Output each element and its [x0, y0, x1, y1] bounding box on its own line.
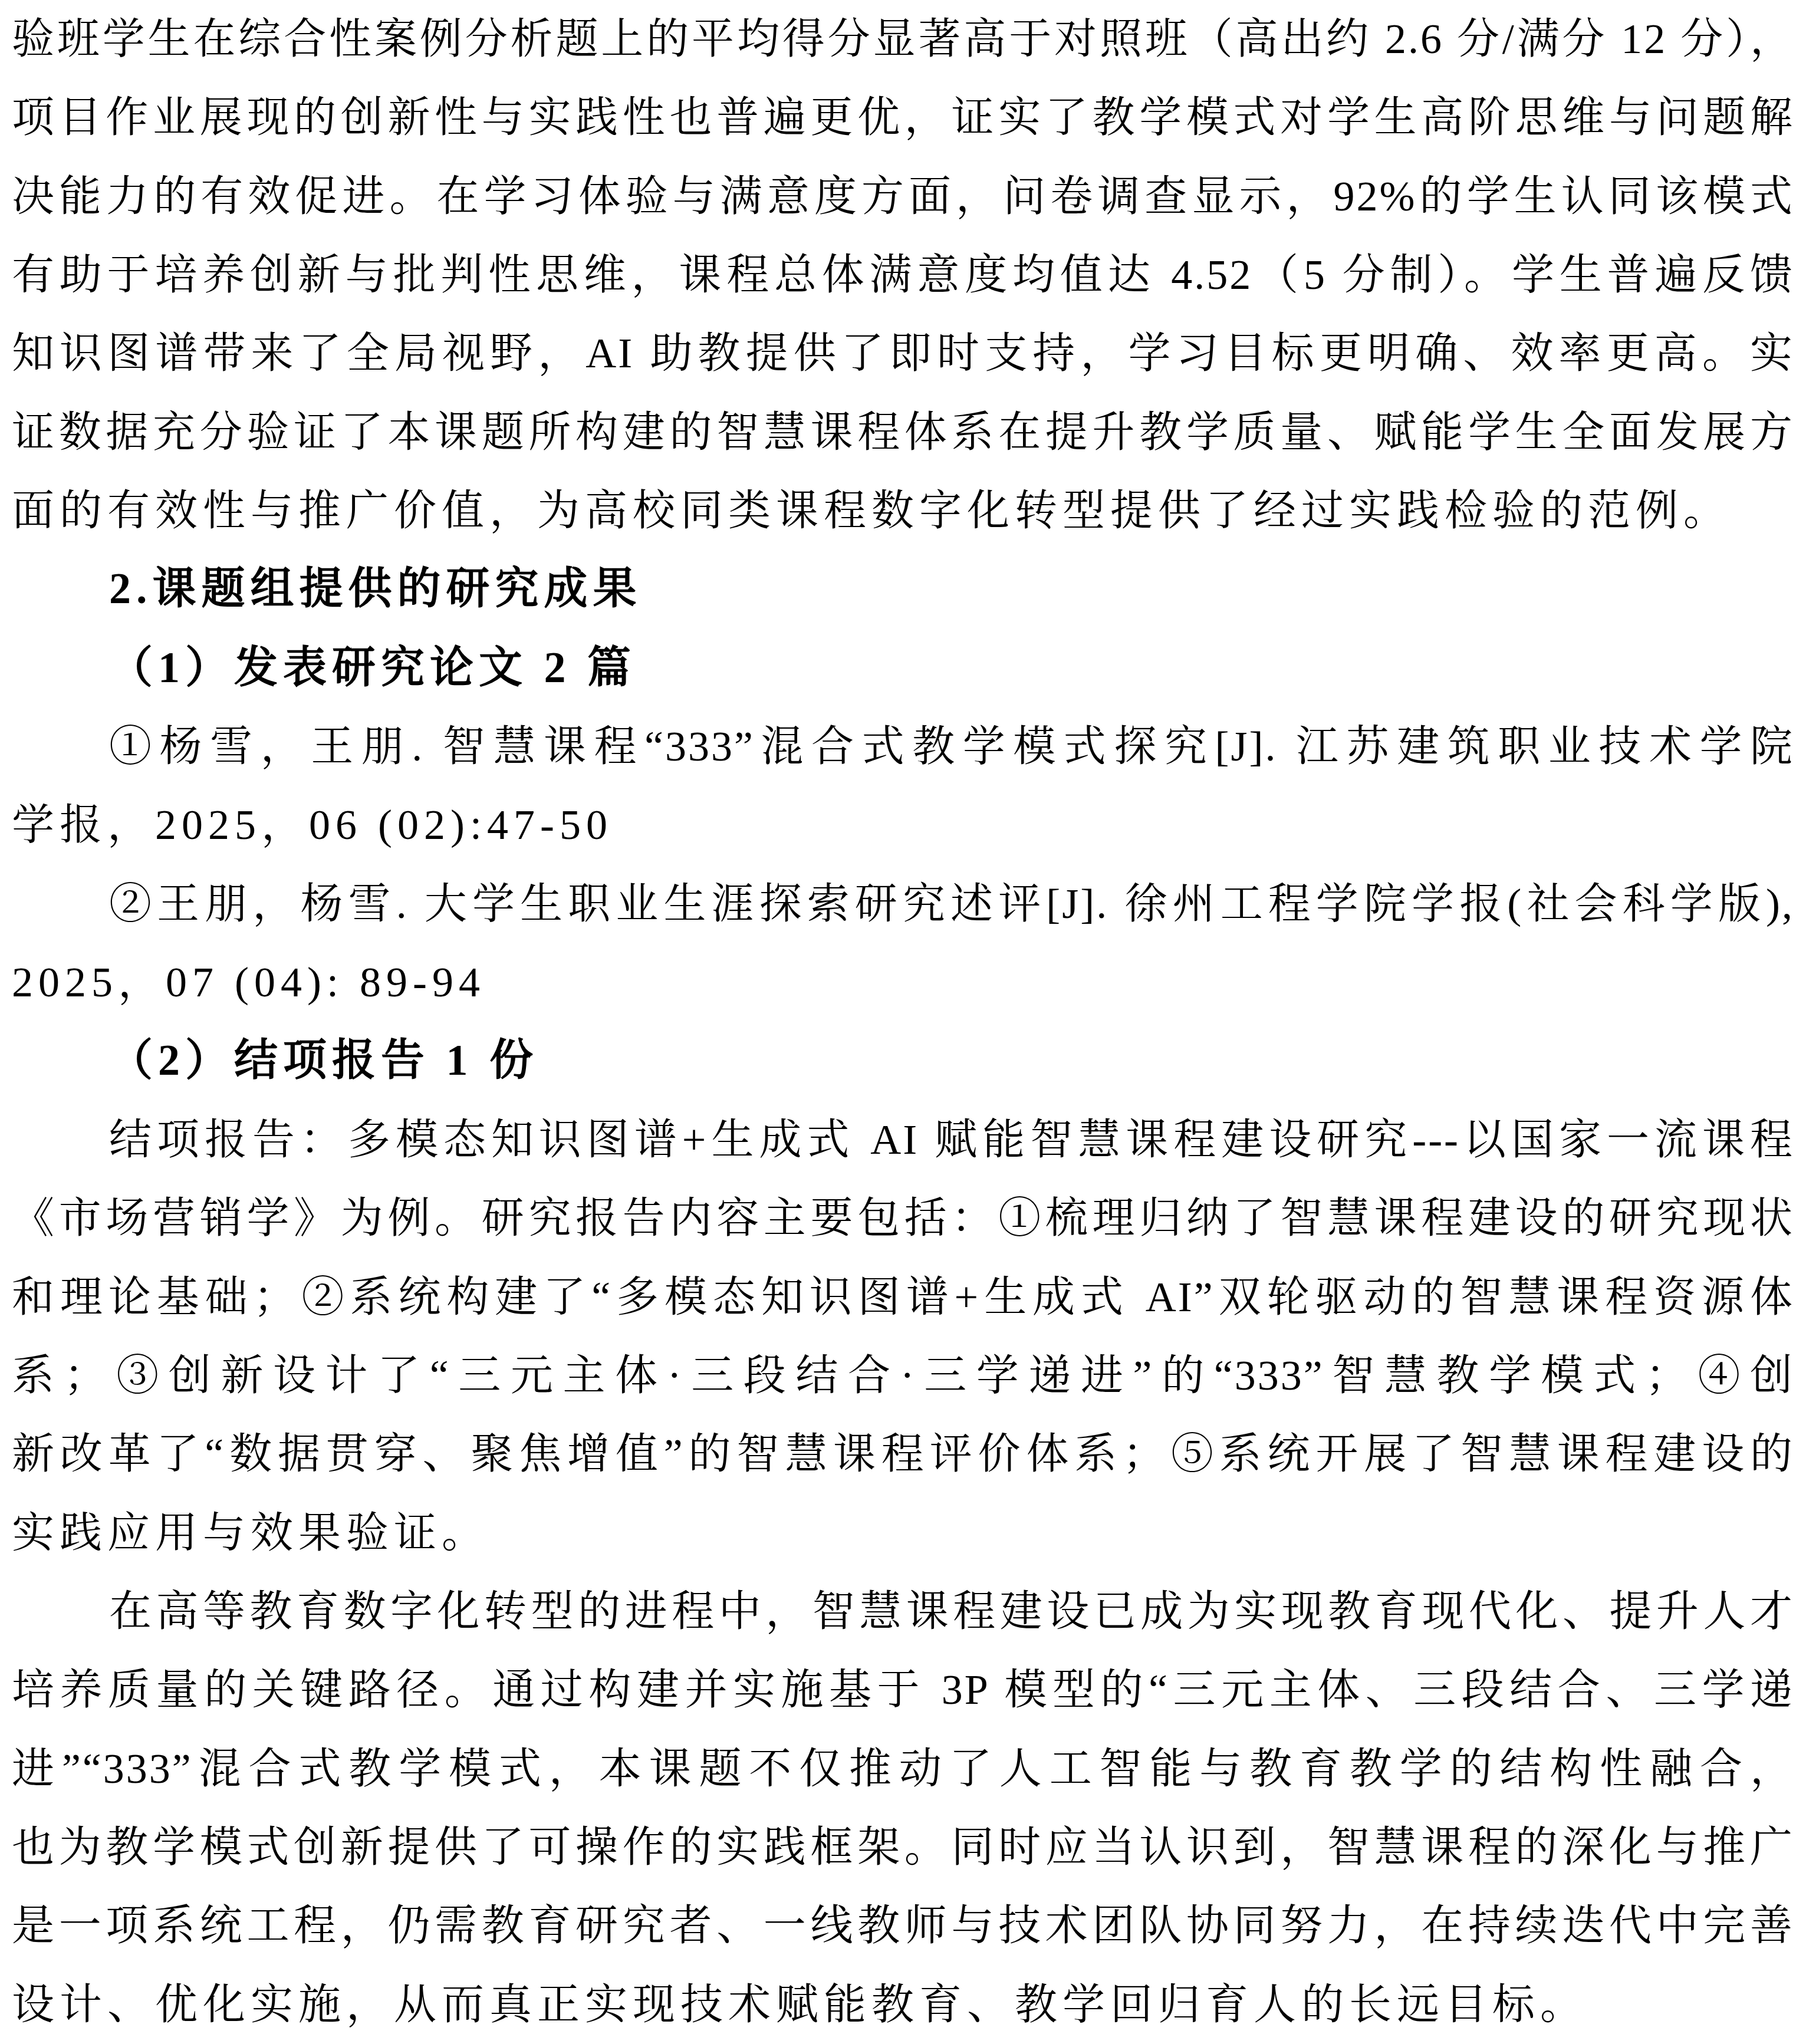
text-line: 进”“333”混合式教学模式，本课题不仅推动了人工智能与教育教学的结构性融合， [12, 1730, 1794, 1808]
text-line: 2025，07 (04): 89-94 [12, 943, 1794, 1022]
text-line: 学报，2025，06 (02):47-50 [12, 786, 1794, 864]
text-line: 实践应用与效果验证。 [12, 1494, 1794, 1572]
text-line: 也为教学模式创新提供了可操作的实践框架。同时应当认识到，智慧课程的深化与推广 [12, 1808, 1794, 1887]
text-line: 知识图谱带来了全局视野，AI 助教提供了即时支持，学习目标更明确、效率更高。实 [12, 314, 1794, 393]
text-line: 和理论基础；②系统构建了“多模态知识图谱+生成式 AI”双轮驱动的智慧课程资源体 [12, 1258, 1794, 1337]
text-line: 面的有效性与推广价值，为高校同类课程数字化转型提供了经过实践检验的范例。 [12, 472, 1794, 550]
heading-line: （2）结项报告 1 份 [12, 1022, 1794, 1100]
document-page: 验班学生在综合性案例分析题上的平均得分显著高于对照班（高出约 2.6 分/满分 … [0, 0, 1806, 2044]
text-line: ②王朋，杨雪. 大学生职业生涯探索研究述评[J]. 徐州工程学院学报(社会科学版… [12, 865, 1794, 943]
text-line: 新改革了“数据贯穿、聚焦增值”的智慧课程评价体系；⑤系统开展了智慧课程建设的 [12, 1415, 1794, 1493]
text-line: 验班学生在综合性案例分析题上的平均得分显著高于对照班（高出约 2.6 分/满分 … [12, 0, 1794, 78]
text-line: 结项报告：多模态知识图谱+生成式 AI 赋能智慧课程建设研究---以国家一流课程 [12, 1101, 1794, 1179]
text-line: ①杨雪，王朋. 智慧课程“333”混合式教学模式探究[J]. 江苏建筑职业技术学… [12, 707, 1794, 786]
text-line: 证数据充分验证了本课题所构建的智慧课程体系在提升教学质量、赋能学生全面发展方 [12, 393, 1794, 472]
text-line: 《市场营销学》为例。研究报告内容主要包括：①梳理归纳了智慧课程建设的研究现状 [12, 1179, 1794, 1258]
text-line: 系；③创新设计了“三元主体·三段结合·三学递进”的“333”智慧教学模式；④创 [12, 1337, 1794, 1415]
text-line: 设计、优化实施，从而真正实现技术赋能教育、教学回归育人的长远目标。 [12, 1966, 1794, 2044]
heading-line: 2.课题组提供的研究成果 [12, 550, 1794, 628]
text-line: 项目作业展现的创新性与实践性也普遍更优，证实了教学模式对学生高阶思维与问题解 [12, 78, 1794, 157]
text-line: 培养质量的关键路径。通过构建并实施基于 3P 模型的“三元主体、三段结合、三学递 [12, 1651, 1794, 1729]
text-line: 在高等教育数字化转型的进程中，智慧课程建设已成为实现教育现代化、提升人才 [12, 1572, 1794, 1651]
document-body: 验班学生在综合性案例分析题上的平均得分显著高于对照班（高出约 2.6 分/满分 … [12, 0, 1794, 2044]
text-line: 是一项系统工程，仍需教育研究者、一线教师与技术团队协同努力，在持续迭代中完善 [12, 1887, 1794, 1965]
heading-line: （1）发表研究论文 2 篇 [12, 629, 1794, 707]
text-line: 有助于培养创新与批判性思维，课程总体满意度均值达 4.52（5 分制）。学生普遍… [12, 236, 1794, 314]
text-line: 决能力的有效促进。在学习体验与满意度方面，问卷调查显示，92%的学生认同该模式 [12, 157, 1794, 236]
